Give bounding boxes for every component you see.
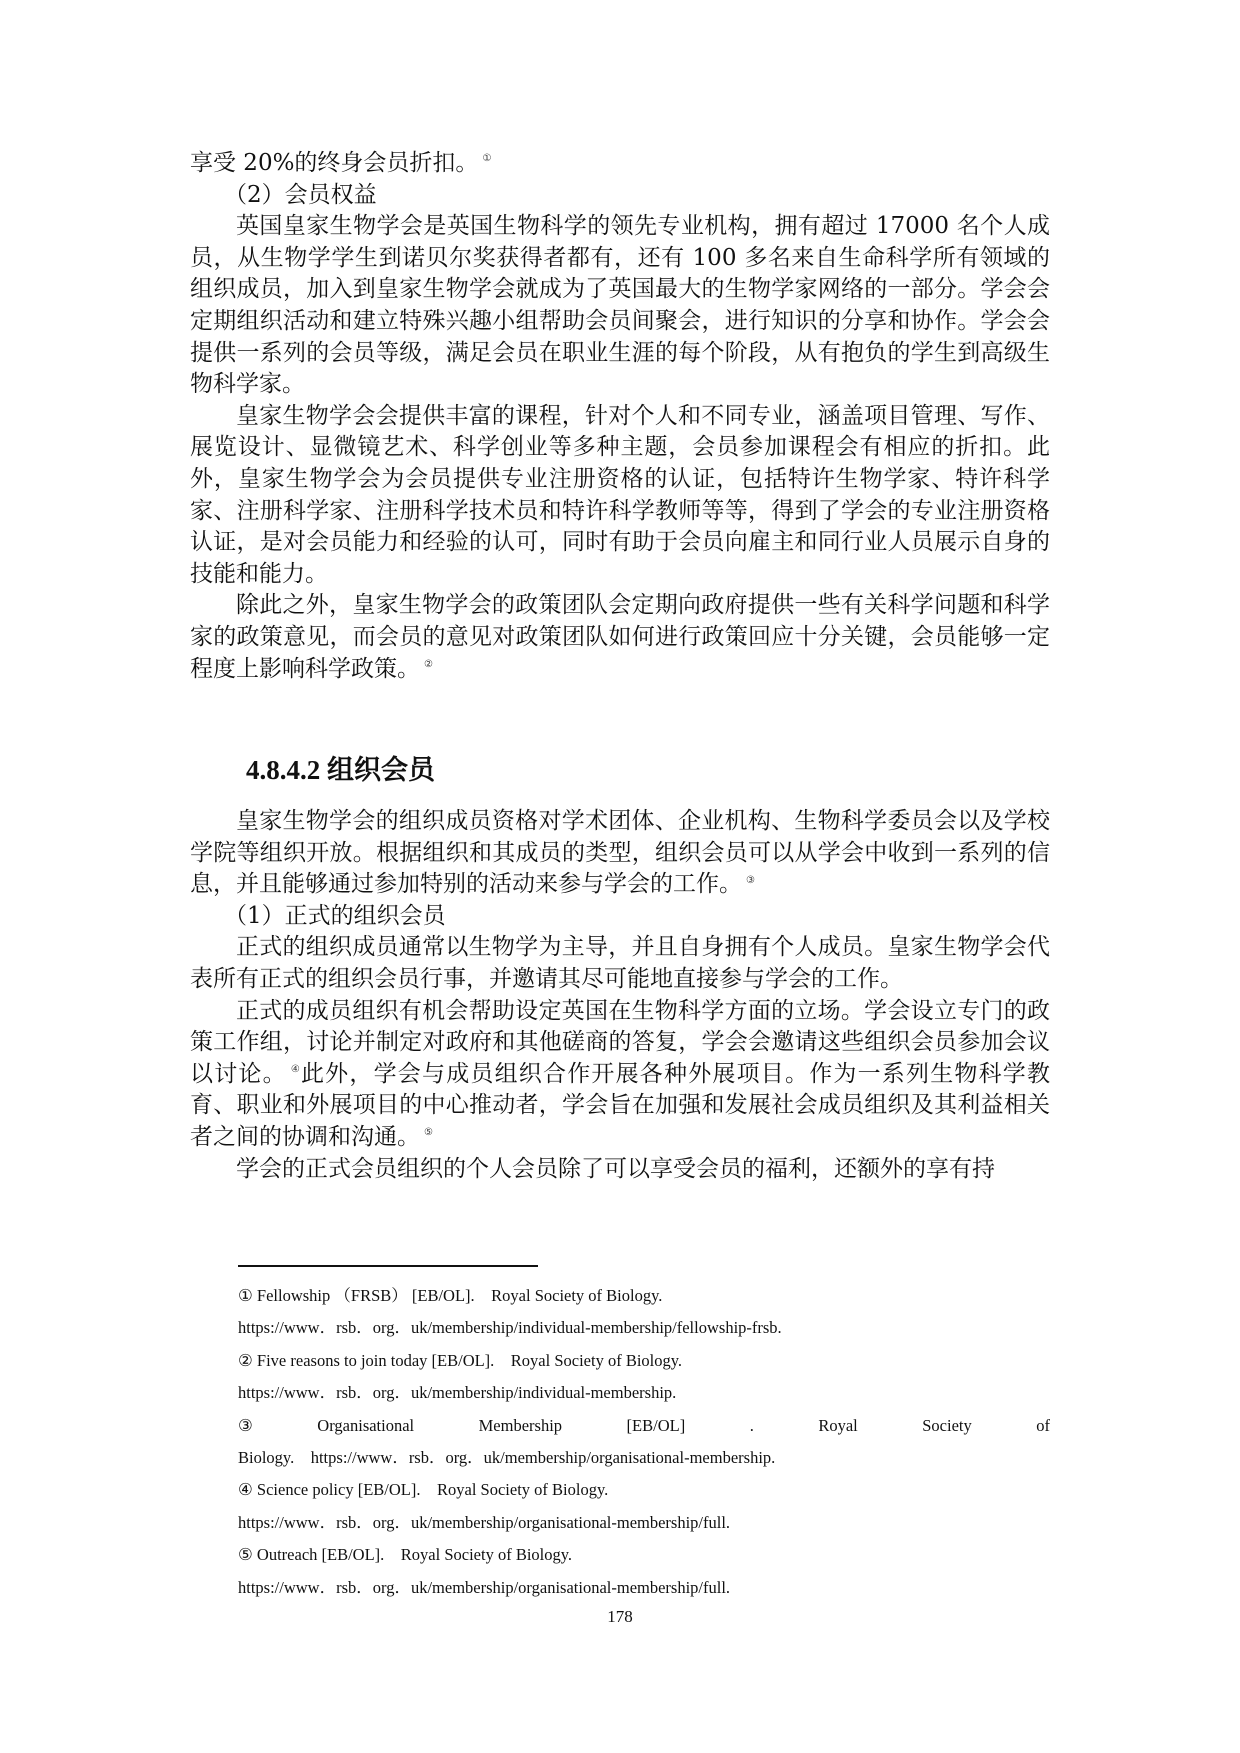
footnote-mark: ③ (238, 1410, 253, 1442)
paragraph-text: 除此之外，皇家生物学会的政策团队会定期向政府提供一些有关科学问题和科学家的政策意… (190, 592, 1050, 681)
footnote-word: Organisational (317, 1410, 414, 1442)
paragraph-rsb-intro: 英国皇家生物学会是英国生物科学的领先专业机构，拥有超过 17000 名个人成员，… (190, 211, 1050, 401)
paragraph-policy: 除此之外，皇家生物学会的政策团队会定期向政府提供一些有关科学问题和科学家的政策意… (190, 590, 1050, 685)
footnote-1: ① Fellowship （FRSB） [EB/OL]. Royal Socie… (238, 1280, 1050, 1312)
footnote-citation: Five reasons to join today [EB/OL]. Roya… (257, 1351, 682, 1370)
footnote-ref-4[interactable]: ④ (291, 1064, 301, 1075)
footnote-mark: ① (238, 1286, 253, 1305)
document-page: 享受 20%的终身会员折扣。① （2）会员权益 英国皇家生物学会是英国生物科学的… (0, 0, 1240, 1753)
footnote-1-url[interactable]: https://www．rsb．org．uk/membership/indivi… (238, 1312, 1050, 1344)
footnote-citation: Fellowship （FRSB） [EB/OL]. Royal Society… (257, 1286, 662, 1305)
footnote-word: of (1036, 1410, 1050, 1442)
paragraph-text: 此外，学会与成员组织合作开展各种外展项目。作为一系列生物科学教育、职业和外展项目… (190, 1061, 1050, 1150)
footnote-3: ③ Organisational Membership [EB/OL] . Ro… (238, 1410, 1050, 1442)
footnote-5: ⑤ Outreach [EB/OL]. Royal Society of Bio… (238, 1539, 1050, 1571)
footnote-ref-2[interactable]: ② (424, 659, 433, 670)
paragraph-policy-groups: 正式的成员组织有机会帮助设定英国在生物科学方面的立场。学会设立专门的政策工作组，… (190, 996, 1050, 1154)
footnote-2: ② Five reasons to join today [EB/OL]. Ro… (238, 1345, 1050, 1377)
paragraph-text: 皇家生物学会的组织成员资格对学术团体、企业机构、生物科学委员会以及学校学院等组织… (190, 808, 1050, 897)
footnote-5-url[interactable]: https://www．rsb．org．uk/membership/organi… (238, 1572, 1050, 1604)
footnote-mark: ⑤ (238, 1545, 253, 1564)
section-membership-benefits: 享受 20%的终身会员折扣。① （2）会员权益 英国皇家生物学会是英国生物科学的… (190, 148, 1050, 685)
footnote-separator (238, 1265, 538, 1267)
paragraph-courses: 皇家生物学会会提供丰富的课程，针对个人和不同专业，涵盖项目管理、写作、展览设计、… (190, 401, 1050, 591)
footnote-4-url[interactable]: https://www．rsb．org．uk/membership/organi… (238, 1507, 1050, 1539)
section-heading: 4.8.4.2 组织会员 (246, 748, 435, 787)
footnote-word: Society (922, 1410, 972, 1442)
paragraph-individual-benefits: 学会的正式会员组织的个人会员除了可以享受会员的福利，还额外的享有持 (190, 1154, 1050, 1186)
paragraph-org-intro: 皇家生物学会的组织成员资格对学术团体、企业机构、生物科学委员会以及学校学院等组织… (190, 806, 1050, 901)
footnote-citation: Science policy [EB/OL]. Royal Society of… (257, 1480, 608, 1499)
footnotes: ① Fellowship （FRSB） [EB/OL]. Royal Socie… (238, 1280, 1050, 1604)
section-organisational-membership: 皇家生物学会的组织成员资格对学术团体、企业机构、生物科学委员会以及学校学院等组织… (190, 806, 1050, 1185)
paragraph-formal-members: 正式的组织成员通常以生物学为主导，并且自身拥有个人成员。皇家生物学会代表所有正式… (190, 932, 1050, 995)
footnote-ref-3[interactable]: ③ (746, 875, 755, 886)
paragraph-continuation: 享受 20%的终身会员折扣。① (190, 148, 1050, 180)
footnote-2-url[interactable]: https://www．rsb．org．uk/membership/indivi… (238, 1377, 1050, 1409)
footnote-4: ④ Science policy [EB/OL]. Royal Society … (238, 1474, 1050, 1506)
page-number: 178 (0, 1607, 1240, 1627)
footnote-ref-1[interactable]: ① (482, 153, 491, 164)
footnote-word: Royal (818, 1410, 857, 1442)
footnote-mark: ④ (238, 1480, 253, 1499)
footnote-3-url[interactable]: Biology. https://www．rsb．org．uk/membersh… (238, 1442, 1050, 1474)
footnote-word: Membership (479, 1410, 562, 1442)
subheading-formal-org-members: （1）正式的组织会员 (190, 901, 1050, 933)
footnote-ref-5[interactable]: ⑤ (424, 1127, 433, 1138)
footnote-word: [EB/OL] (627, 1410, 686, 1442)
footnote-mark: ② (238, 1351, 253, 1370)
footnote-word: . (750, 1410, 754, 1442)
footnote-citation: Outreach [EB/OL]. Royal Society of Biolo… (257, 1545, 572, 1564)
paragraph-text: 享受 20%的终身会员折扣。 (190, 150, 478, 176)
subheading-member-rights: （2）会员权益 (190, 180, 1050, 212)
